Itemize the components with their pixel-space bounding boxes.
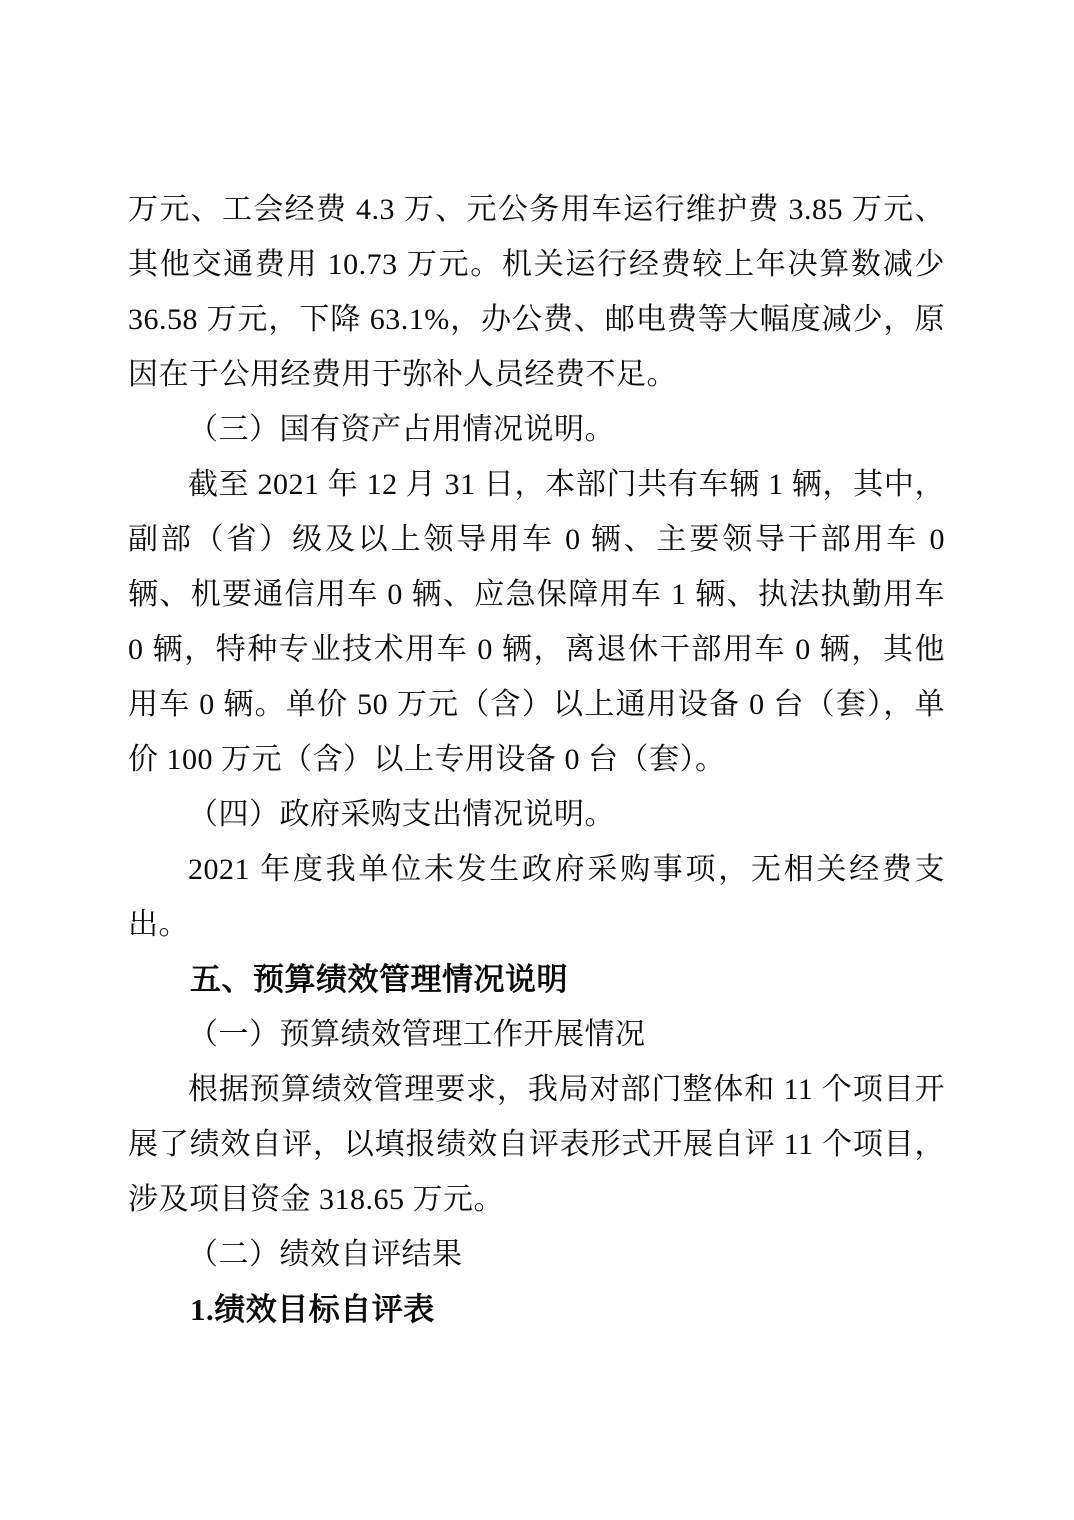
subsection-heading-self-evaluation-results: （二）绩效自评结果 [128,1227,945,1282]
document-body: 万元、工会经费 4.3 万、元公务用车运行维护费 3.85 万元、其他交通费用 … [128,182,945,1337]
paragraph-operating-expenses-continuation: 万元、工会经费 4.3 万、元公务用车运行维护费 3.85 万元、其他交通费用 … [128,182,945,402]
paragraph-vehicle-and-equipment-details: 截至 2021 年 12 月 31 日，本部门共有车辆 1 辆，其中，副部（省）… [128,457,945,787]
paragraph-self-evaluation-summary: 根据预算绩效管理要求，我局对部门整体和 11 个项目开展了绩效自评，以填报绩效自… [128,1062,945,1227]
document-page: 万元、工会经费 4.3 万、元公务用车运行维护费 3.85 万元、其他交通费用 … [0,0,1074,1520]
subsection-heading-performance-work: （一）预算绩效管理工作开展情况 [128,1007,945,1062]
subsection-heading-government-procurement: （四）政府采购支出情况说明。 [128,787,945,842]
numbered-heading-performance-target-table: 1.绩效目标自评表 [128,1282,945,1337]
subsection-heading-state-assets: （三）国有资产占用情况说明。 [128,402,945,457]
paragraph-procurement-statement: 2021 年度我单位未发生政府采购事项，无相关经费支出。 [128,842,945,952]
section-heading-budget-performance-management: 五、预算绩效管理情况说明 [128,952,945,1007]
